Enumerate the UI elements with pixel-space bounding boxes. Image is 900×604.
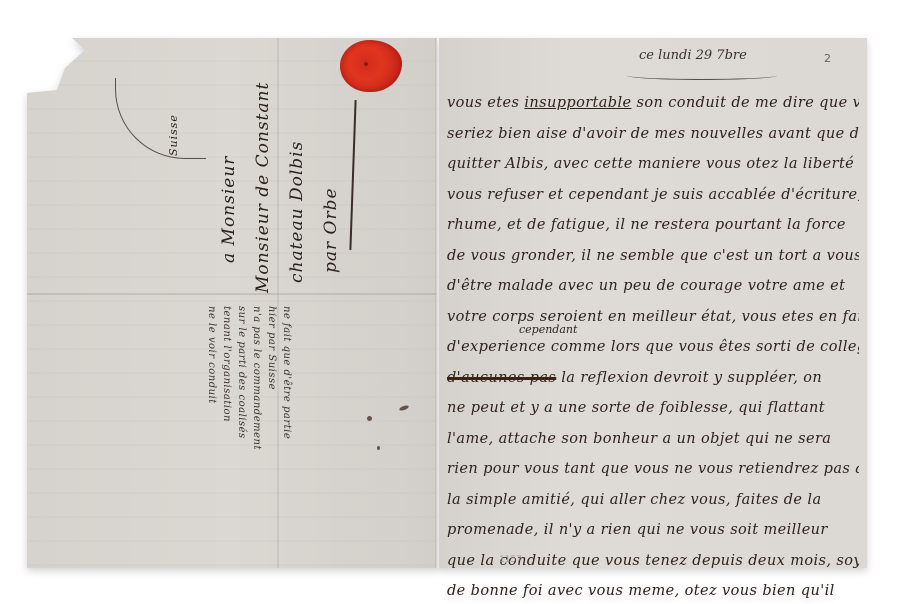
body-line: de vous gronder, il ne semble que c'est … — [447, 241, 859, 272]
body-line: vous etes insupportable son conduit de m… — [447, 88, 859, 119]
photo-stage: a Monsieur Monsieur de Constant chateau … — [0, 0, 900, 604]
ink-spot — [377, 446, 380, 450]
address-underline — [349, 100, 356, 250]
letter: a Monsieur Monsieur de Constant chateau … — [27, 38, 867, 568]
date-underline — [627, 71, 777, 80]
body-line: d'aucunes pas la reflexion devroit y sup… — [447, 363, 859, 394]
body-line: vous refuser et cependant je suis accabl… — [447, 180, 859, 211]
address-line: a Monsieur — [219, 156, 239, 263]
body-line: votre corps seroient en meilleur état, v… — [447, 302, 859, 333]
left-page: a Monsieur Monsieur de Constant chateau … — [27, 38, 437, 568]
letter-date: ce lundi 29 7bre — [639, 48, 747, 63]
note-line: hier par Suisse — [266, 306, 277, 390]
address-block: a Monsieur Monsieur de Constant chateau … — [115, 78, 355, 278]
address-line: chateau Dolbis — [287, 141, 307, 283]
address-line: Monsieur de Constant — [253, 82, 273, 293]
text-segment: vous etes — [447, 95, 524, 111]
address-line: par Orbe — [321, 187, 341, 273]
note-line: sur le parti des coalisés — [236, 306, 247, 439]
note-line: tenant l'organisation — [221, 306, 232, 422]
underlined-word: insupportable — [524, 95, 631, 111]
note-line: ne le voir conduit — [206, 306, 217, 404]
ink-spot — [399, 404, 410, 411]
seal-impression — [364, 62, 368, 66]
ink-spot — [367, 416, 372, 421]
body-line: promenade, il n'y a rien qui ne vous soi… — [447, 515, 859, 546]
flourish-icon — [115, 78, 206, 159]
body-line: quitter Albis, avec cette maniere vous o… — [447, 149, 859, 180]
struck-text: d'aucunes pas — [447, 370, 556, 386]
address-corner-mark: Suisse — [167, 114, 180, 156]
faint-mark: 1157 — [499, 555, 522, 565]
body-line: seriez bien aise d'avoir de mes nouvelle… — [447, 119, 859, 150]
body-line: rien pour vous tant que vous ne vous ret… — [447, 454, 859, 485]
body-line: d'experience comme lors que vous êtes so… — [447, 332, 859, 363]
note-line: n'a pas le commandement — [251, 306, 262, 450]
text-segment: son conduit de me dire que vous — [632, 95, 859, 111]
side-note: ne fait que d'être partie hier par Suiss… — [197, 306, 297, 556]
letter-body: vous etes insupportable son conduit de m… — [447, 88, 859, 604]
body-line: de bonne foi avec vous meme, otez vous b… — [447, 576, 859, 604]
page-number: 2 — [824, 52, 831, 65]
fold-crease-horizontal — [27, 293, 437, 295]
right-page: ce lundi 29 7bre 2 cependant vous etes i… — [439, 38, 867, 568]
body-line: rhume, et de fatigue, il ne restera pour… — [447, 210, 859, 241]
text-segment: la reflexion devroit y suppléer, on — [556, 370, 822, 386]
body-line: ne peut et y a une sorte de foiblesse, q… — [447, 393, 859, 424]
note-line: ne fait que d'être partie — [281, 306, 292, 439]
body-line: l'ame, attache son bonheur a un objet qu… — [447, 424, 859, 455]
body-line: la simple amitié, qui aller chez vous, f… — [447, 485, 859, 516]
body-line: d'être malade avec un peu de courage vot… — [447, 271, 859, 302]
